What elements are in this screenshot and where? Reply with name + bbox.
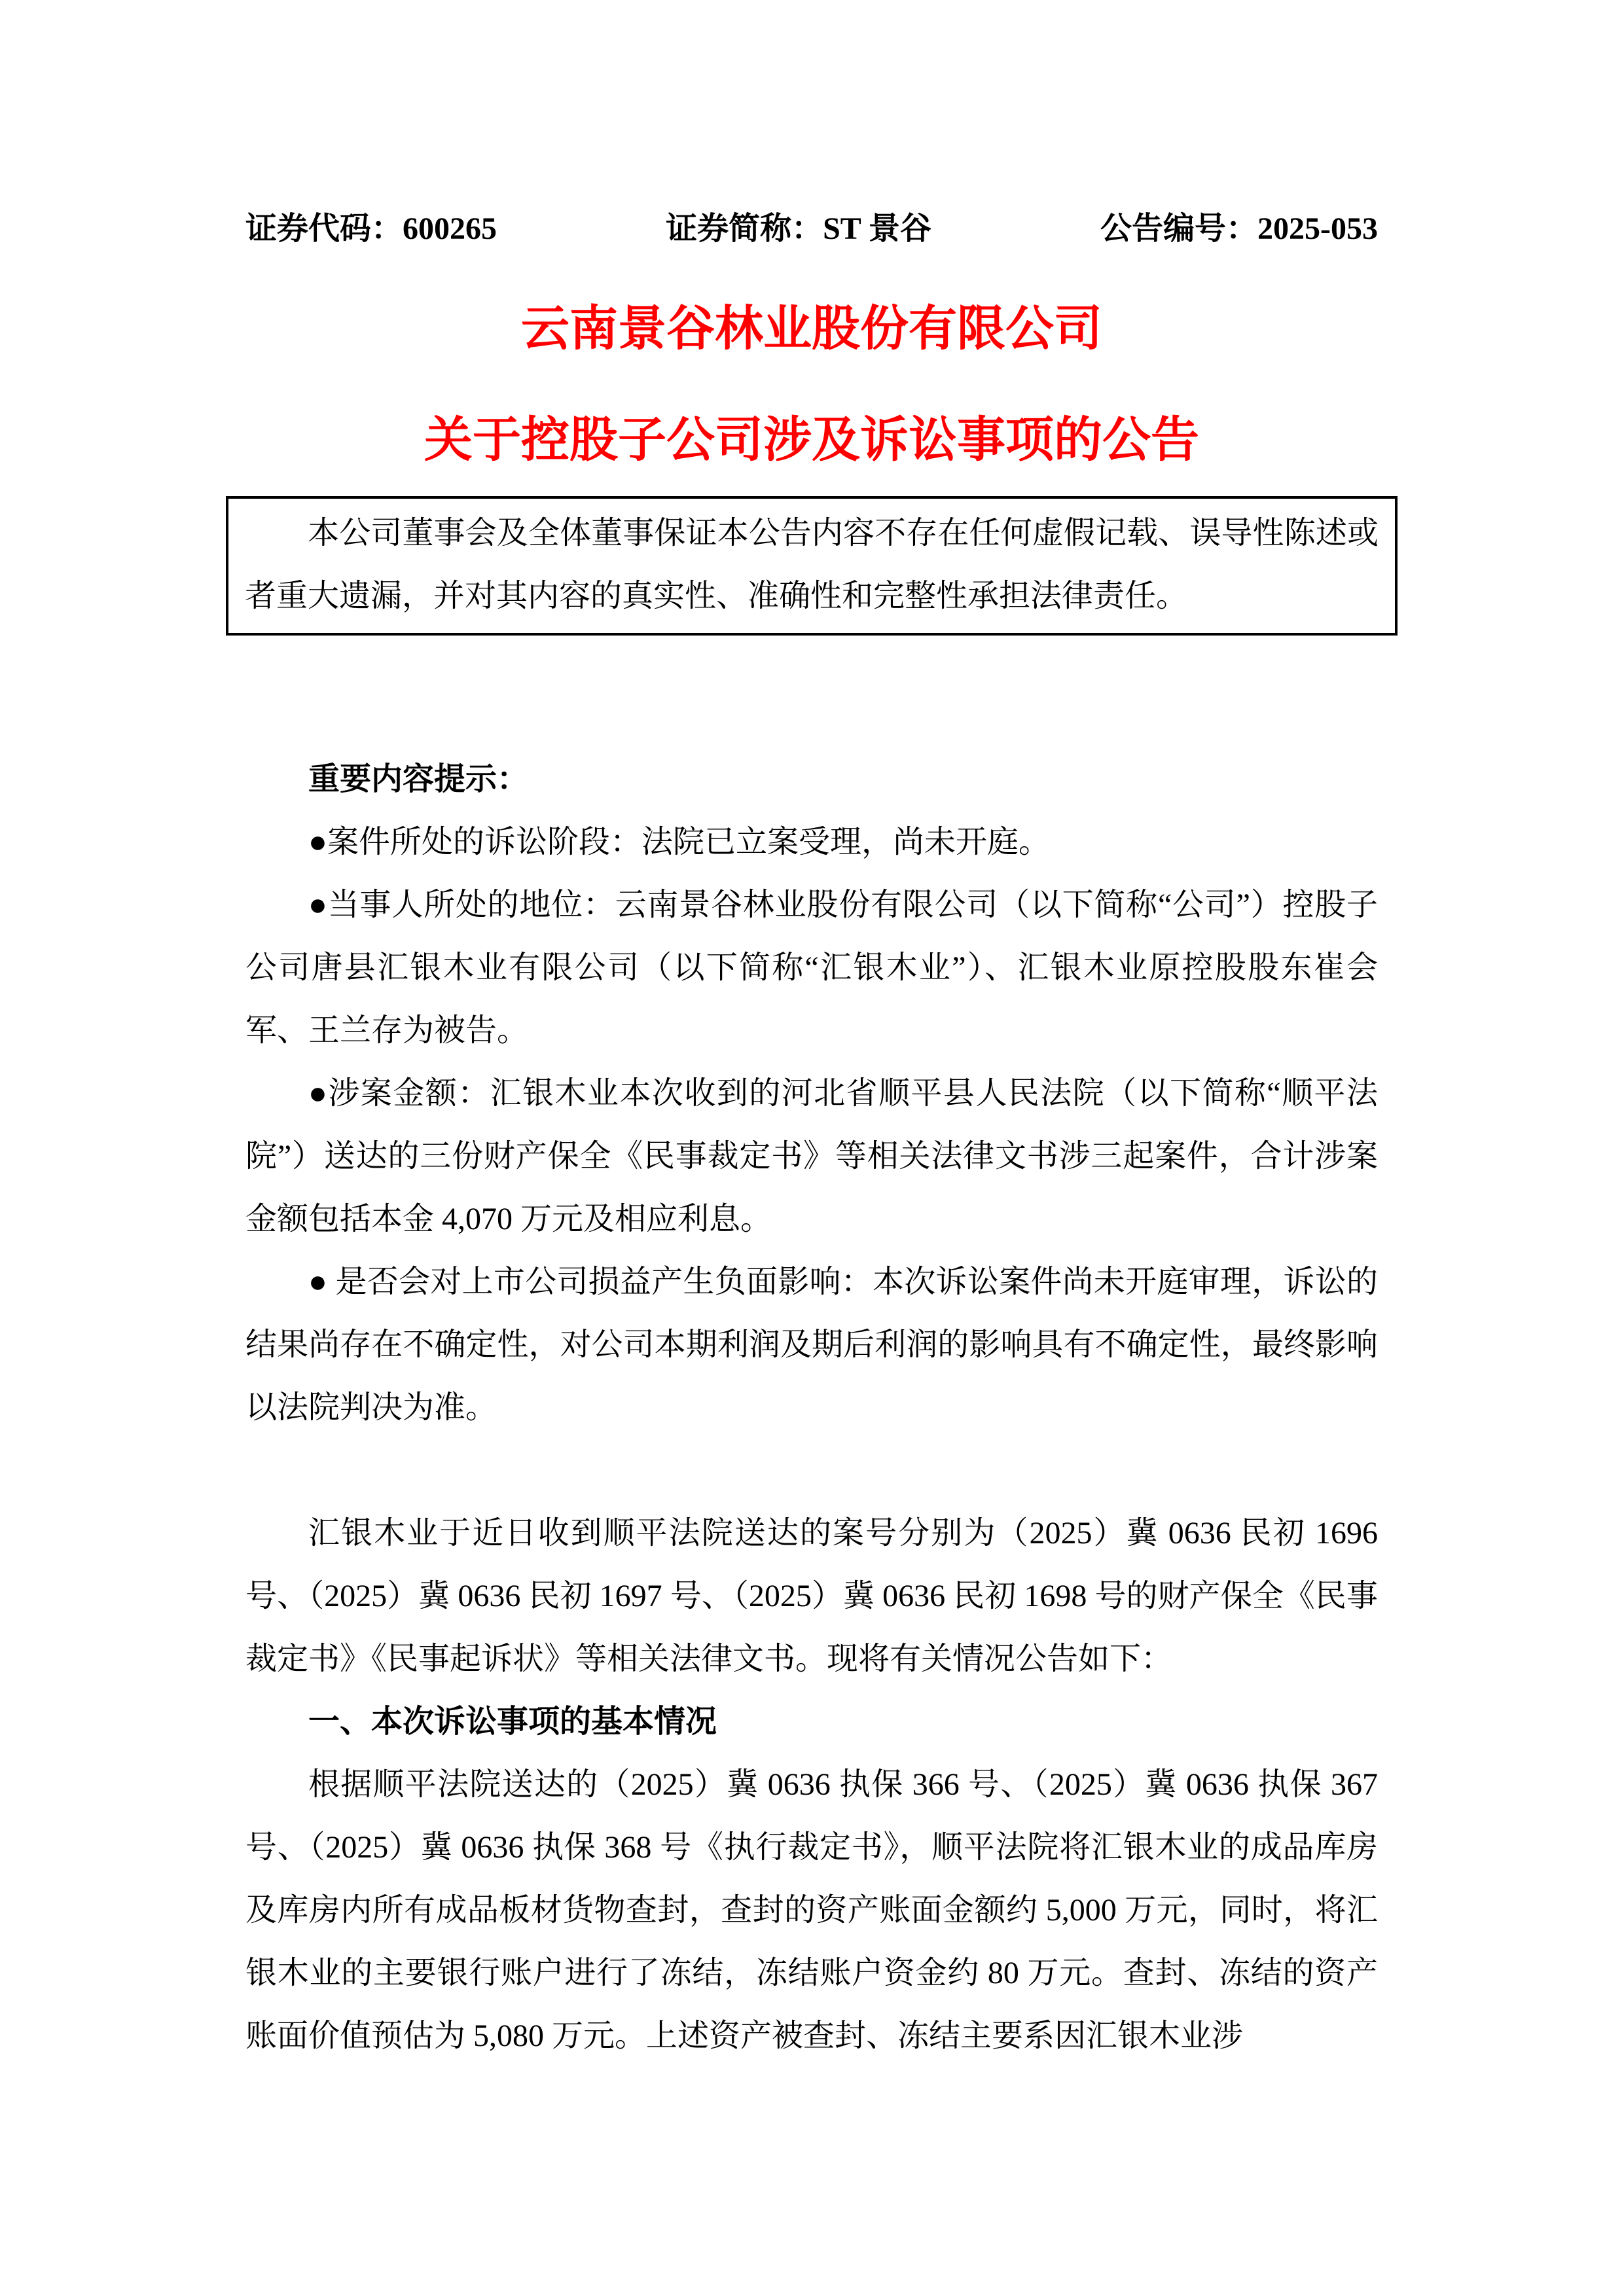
section1-heading: 一、本次诉讼事项的基本情况 <box>245 1691 1378 1753</box>
board-disclaimer-box: 本公司董事会及全体董事保证本公告内容不存在任何虚假记载、误导性陈述或者重大遗漏，… <box>226 496 1398 636</box>
company-title: 云南景谷林业股份有限公司 <box>245 274 1378 385</box>
notice-bullet-amount-involved: ●涉案金额：汇银木业本次收到的河北省顺平县人民法院（以下简称“顺平法院”）送达的… <box>245 1062 1378 1251</box>
stock-code: 证券代码：600265 <box>245 198 497 260</box>
notice-bullet-party-position: ●当事人所处的地位：云南景谷林业股份有限公司（以下简称“公司”）控股子公司唐县汇… <box>245 874 1378 1062</box>
important-notice-heading: 重要内容提示： <box>245 748 1378 811</box>
announcement-number: 公告编号：2025-053 <box>1100 198 1378 260</box>
stock-abbreviation: 证券简称：ST 景谷 <box>666 198 931 260</box>
announcement-subject-title: 关于控股子公司涉及诉讼事项的公告 <box>245 385 1378 496</box>
notice-bullet-profit-impact: ● 是否会对上市公司损益产生负面影响：本次诉讼案件尚未开庭审理，诉讼的结果尚存在… <box>245 1251 1378 1439</box>
securities-header: 证券代码：600265 证券简称：ST 景谷 公告编号：2025-053 <box>245 198 1378 260</box>
section1-paragraph: 根据顺平法院送达的（2025）冀 0636 执保 366 号、（2025）冀 0… <box>245 1753 1378 2068</box>
intro-paragraph: 汇银木业于近日收到顺平法院送达的案号分别为（2025）冀 0636 民初 169… <box>245 1502 1378 1691</box>
notice-bullet-litigation-stage: ●案件所处的诉讼阶段：法院已立案受理，尚未开庭。 <box>245 811 1378 874</box>
announcement-page: 证券代码：600265 证券简称：ST 景谷 公告编号：2025-053 云南景… <box>0 0 1624 2296</box>
